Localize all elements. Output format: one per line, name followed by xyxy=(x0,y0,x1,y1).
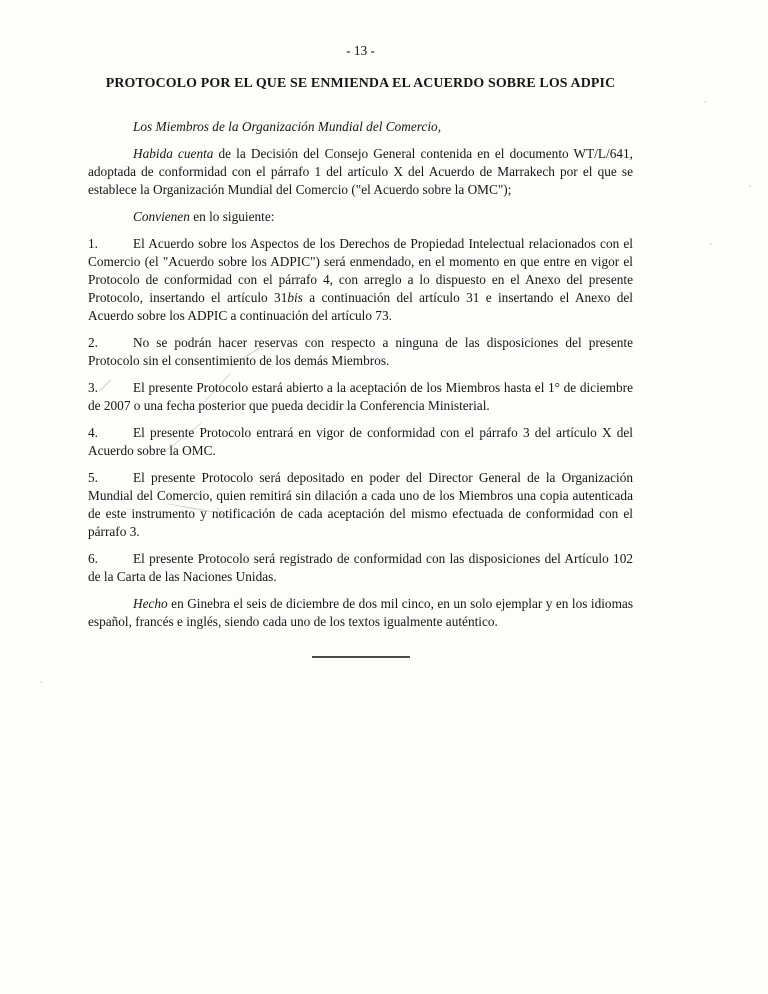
document-page: - 13 - PROTOCOLO POR EL QUE SE ENMIENDA … xyxy=(0,0,768,994)
paragraph-number: 2. xyxy=(88,334,133,352)
paragraph-text: en Ginebra el seis de diciembre de dos m… xyxy=(88,596,633,629)
paragraph: 2.No se podrán hacer reservas con respec… xyxy=(88,334,633,370)
paragraph-text: bis xyxy=(287,290,303,305)
paragraph: 4.El presente Protocolo entrará en vigor… xyxy=(88,424,633,460)
paragraph-text: Convienen xyxy=(133,209,190,224)
paragraph-text: El presente Protocolo estará abierto a l… xyxy=(88,380,633,413)
paragraph: 3.El presente Protocolo estará abierto a… xyxy=(88,379,633,415)
paragraph-text: Habida cuenta xyxy=(133,146,213,161)
paragraph: 1.El Acuerdo sobre los Aspectos de los D… xyxy=(88,235,633,325)
paragraph-number: 3. xyxy=(88,379,133,397)
paragraph-text: El presente Protocolo entrará en vigor d… xyxy=(88,425,633,458)
page-number: - 13 - xyxy=(88,42,633,60)
document-title: PROTOCOLO POR EL QUE SE ENMIENDA EL ACUE… xyxy=(88,75,633,93)
paragraph-text: Hecho xyxy=(133,596,168,611)
paragraph: Los Miembros de la Organización Mundial … xyxy=(88,118,633,136)
paragraph: Habida cuenta de la Decisión del Consejo… xyxy=(88,145,633,199)
scan-speck-artifact xyxy=(704,101,706,103)
paragraph-number: 4. xyxy=(88,424,133,442)
paragraph-text: El presente Protocolo será depositado en… xyxy=(88,470,633,539)
paragraph: 6.El presente Protocolo será registrado … xyxy=(88,550,633,586)
paragraph-text: No se podrán hacer reservas con respecto… xyxy=(88,335,633,368)
paragraph-text: Los Miembros de la Organización Mundial … xyxy=(133,119,441,134)
document-content: - 13 - PROTOCOLO POR EL QUE SE ENMIENDA … xyxy=(88,0,633,658)
paragraph: Hecho en Ginebra el seis de diciembre de… xyxy=(88,595,633,631)
paragraph: 5.El presente Protocolo será depositado … xyxy=(88,469,633,541)
scan-speck-artifact xyxy=(40,681,42,683)
paragraph-text: en lo siguiente: xyxy=(190,209,275,224)
paragraph: Convienen en lo siguiente: xyxy=(88,208,633,226)
paragraph-text: El presente Protocolo será registrado de… xyxy=(88,551,633,584)
scan-speck-artifact xyxy=(749,185,751,187)
document-body: Los Miembros de la Organización Mundial … xyxy=(88,118,633,631)
paragraph-number: 5. xyxy=(88,469,133,487)
scan-speck-artifact xyxy=(710,243,712,245)
paragraph-number: 6. xyxy=(88,550,133,568)
separator-rule xyxy=(312,656,410,658)
paragraph-number: 1. xyxy=(88,235,133,253)
